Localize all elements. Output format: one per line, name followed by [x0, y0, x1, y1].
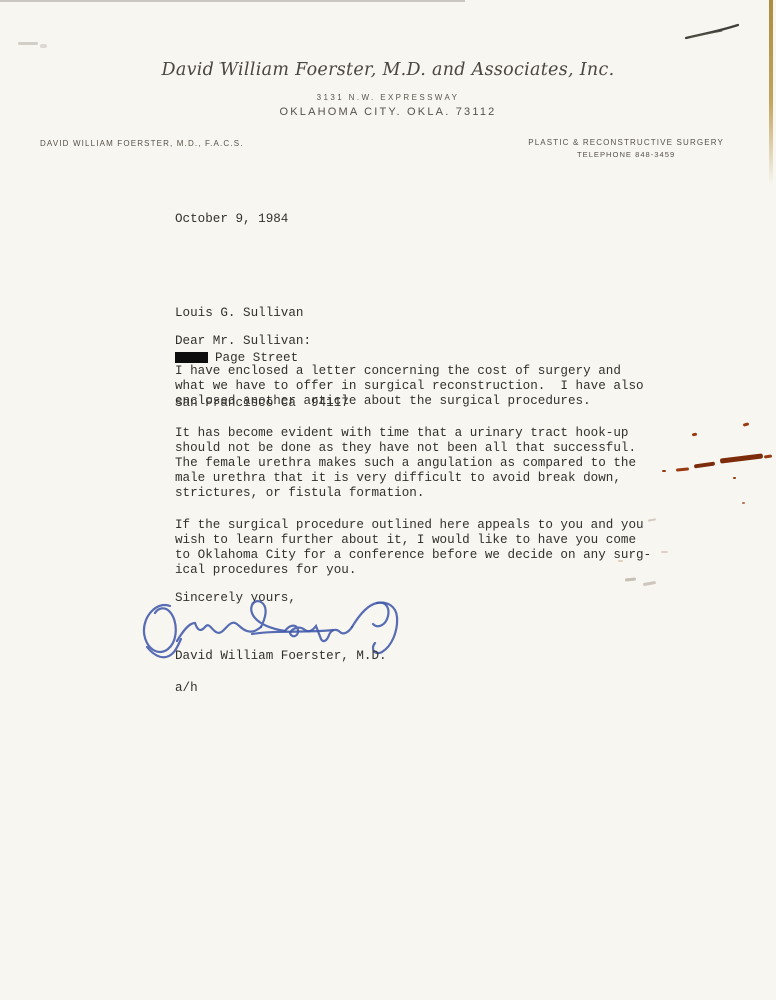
redaction-box — [175, 352, 208, 363]
rust-stain — [720, 453, 763, 463]
letterhead-telephone: TELEPHONE 848-3459 — [528, 150, 724, 159]
letterhead-name: David William Foerster, M.D. and Associa… — [0, 60, 776, 80]
pencil-smudge — [661, 551, 668, 553]
rust-stain — [692, 433, 697, 437]
recipient-address: Louis G. Sullivan Page Street San Franci… — [175, 276, 349, 441]
pencil-smudge — [648, 518, 656, 521]
recipient-name: Louis G. Sullivan — [175, 306, 349, 321]
typist-initials: a/h — [175, 681, 198, 696]
rust-stain — [662, 470, 666, 472]
pencil-smudge — [40, 44, 47, 48]
letterhead-credential: DAVID WILLIAM FOERSTER, M.D., F.A.C.S. — [40, 139, 244, 148]
rust-stain — [694, 462, 715, 469]
scan-edge-top — [0, 0, 465, 2]
letter-date: October 9, 1984 — [175, 212, 288, 227]
pen-stroke-mark — [682, 20, 744, 44]
pencil-smudge — [643, 581, 656, 586]
letterhead-city: OKLAHOMA CITY. OKLA. 73112 — [0, 106, 776, 118]
rust-stain — [764, 454, 772, 458]
signature-typed-name: David William Foerster, M.D. — [175, 649, 387, 664]
rust-stain — [742, 502, 745, 504]
pencil-smudge — [18, 42, 38, 45]
letterhead-specialty-block: PLASTIC & RECONSTRUCTIVE SURGERY TELEPHO… — [528, 138, 724, 159]
letterhead-street: 3131 N.W. EXPRESSWAY — [0, 93, 776, 102]
rust-stain — [743, 422, 750, 426]
recipient-street: Page Street — [215, 351, 298, 365]
paragraph-2: It has become evident with time that a u… — [175, 426, 636, 501]
pencil-smudge — [625, 577, 636, 581]
letterhead-specialty: PLASTIC & RECONSTRUCTIVE SURGERY — [528, 138, 724, 147]
letter-page: David William Foerster, M.D. and Associa… — [0, 0, 776, 1000]
rust-stain — [733, 477, 736, 479]
salutation: Dear Mr. Sullivan: — [175, 334, 311, 349]
pencil-smudge — [618, 560, 623, 562]
paragraph-3: If the surgical procedure outlined here … — [175, 518, 651, 578]
paragraph-1: I have enclosed a letter concerning the … — [175, 364, 644, 409]
rust-stain — [676, 467, 689, 471]
